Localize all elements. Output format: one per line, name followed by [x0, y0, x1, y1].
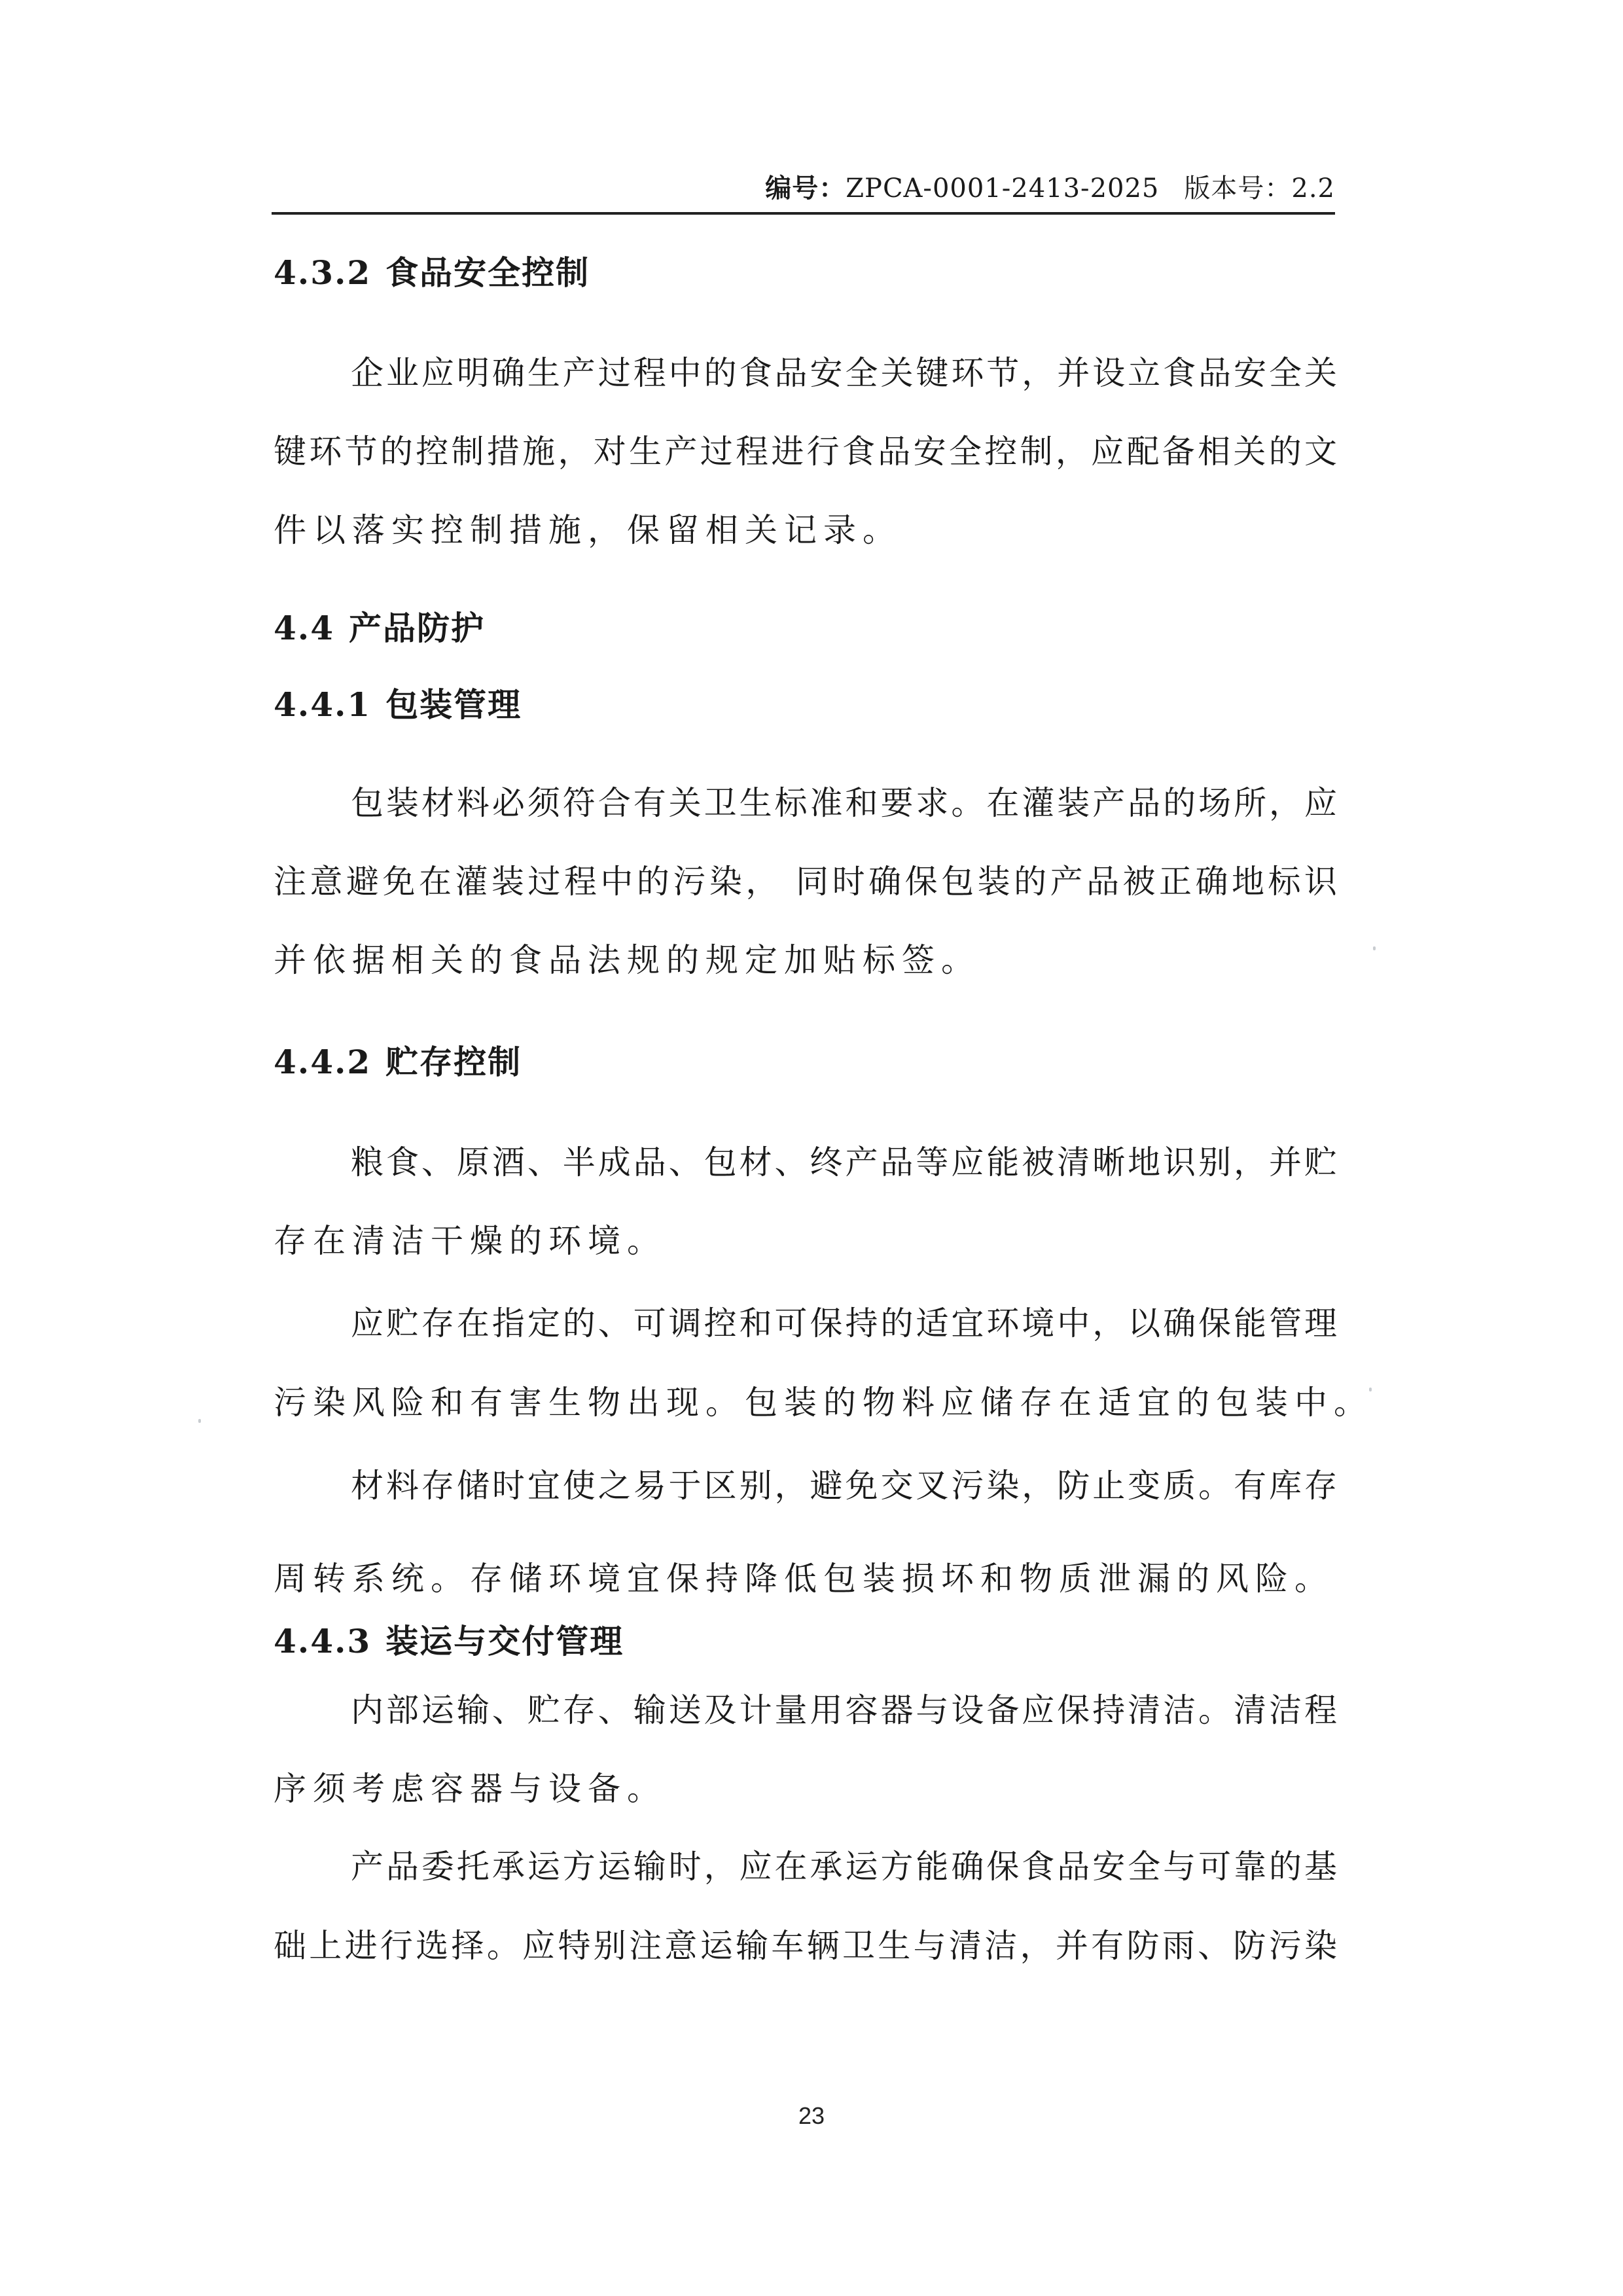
- section-heading-4-3-2: 4.3.2食品安全控制: [274, 253, 590, 293]
- paragraph-line: 件以落实控制措施，保留相关记录。: [274, 511, 1337, 550]
- page-header: 编号：ZPCA-0001-2413-2025版本号：2.2: [272, 162, 1335, 215]
- section-heading-4-4-2: 4.4.2贮存控制: [274, 1043, 522, 1082]
- paragraph-line: 注意避免在灌装过程中的污染， 同时确保包装的产品被正确地标识: [274, 862, 1337, 901]
- section-number: 4.4.2: [274, 1043, 371, 1081]
- document-id-block: 编号：ZPCA-0001-2413-2025版本号：2.2: [765, 173, 1335, 204]
- paragraph-line: 存在清洁干燥的环境。: [274, 1221, 1337, 1261]
- header-divider: [272, 212, 1335, 215]
- document-code-value: ZPCA-0001-2413-2025: [846, 173, 1159, 204]
- section-number: 4.3.2: [274, 253, 371, 292]
- scan-artifact: [1369, 1388, 1372, 1391]
- document-code-label: 编号：: [765, 173, 846, 204]
- section-number: 4.4: [274, 609, 334, 647]
- version-label: 版本号：: [1184, 173, 1291, 204]
- paragraph-line: 污染风险和有害生物出现。包装的物料应储存在适宜的包装中。: [274, 1383, 1337, 1422]
- paragraph-line: 础上进行选择。应特别注意运输车辆卫生与清洁，并有防雨、防污染: [274, 1926, 1337, 1965]
- paragraph-line: 包装材料必须符合有关卫生标准和要求。在灌装产品的场所，应: [274, 783, 1337, 823]
- paragraph-line: 应贮存在指定的、可调控和可保持的适宜环境中，以确保能管理: [274, 1304, 1337, 1343]
- scan-artifact: [1373, 946, 1376, 950]
- paragraph-line: 粮食、原酒、半成品、包材、终产品等应能被清晰地识别，并贮: [274, 1143, 1337, 1182]
- section-title: 贮存控制: [385, 1043, 522, 1081]
- section-heading-4-4-3: 4.4.3装运与交付管理: [274, 1622, 624, 1661]
- section-title: 包装管理: [385, 686, 522, 724]
- scan-artifact: [198, 1419, 201, 1423]
- paragraph-line: 键环节的控制措施，对生产过程进行食品安全控制，应配备相关的文: [274, 432, 1337, 471]
- section-heading-4-4: 4.4产品防护: [274, 609, 485, 648]
- paragraph-line: 并依据相关的食品法规的规定加贴标签。: [274, 941, 1337, 980]
- paragraph-line: 企业应明确生产过程中的食品安全关键环节，并设立食品安全关: [274, 353, 1337, 393]
- section-number: 4.4.1: [274, 685, 371, 724]
- paragraph-line: 序须考虑容器与设备。: [274, 1769, 1337, 1808]
- page-number: 23: [0, 2103, 1623, 2129]
- section-title: 食品安全控制: [385, 254, 590, 292]
- version-value: 2.2: [1291, 173, 1335, 204]
- paragraph-line: 材料存储时宜使之易于区别，避免交叉污染，防止变质。有库存: [274, 1466, 1337, 1505]
- section-heading-4-4-1: 4.4.1包装管理: [274, 685, 522, 725]
- paragraph-line: 内部运输、贮存、输送及计量用容器与设备应保持清洁。清洁程: [274, 1691, 1337, 1730]
- section-title: 产品防护: [349, 609, 485, 647]
- section-number: 4.4.3: [274, 1622, 371, 1660]
- paragraph-line: 产品委托承运方运输时，应在承运方能确保食品安全与可靠的基: [274, 1847, 1337, 1886]
- section-title: 装运与交付管理: [385, 1623, 624, 1660]
- paragraph-line: 周转系统。存储环境宜保持降低包装损坏和物质泄漏的风险。: [274, 1559, 1337, 1598]
